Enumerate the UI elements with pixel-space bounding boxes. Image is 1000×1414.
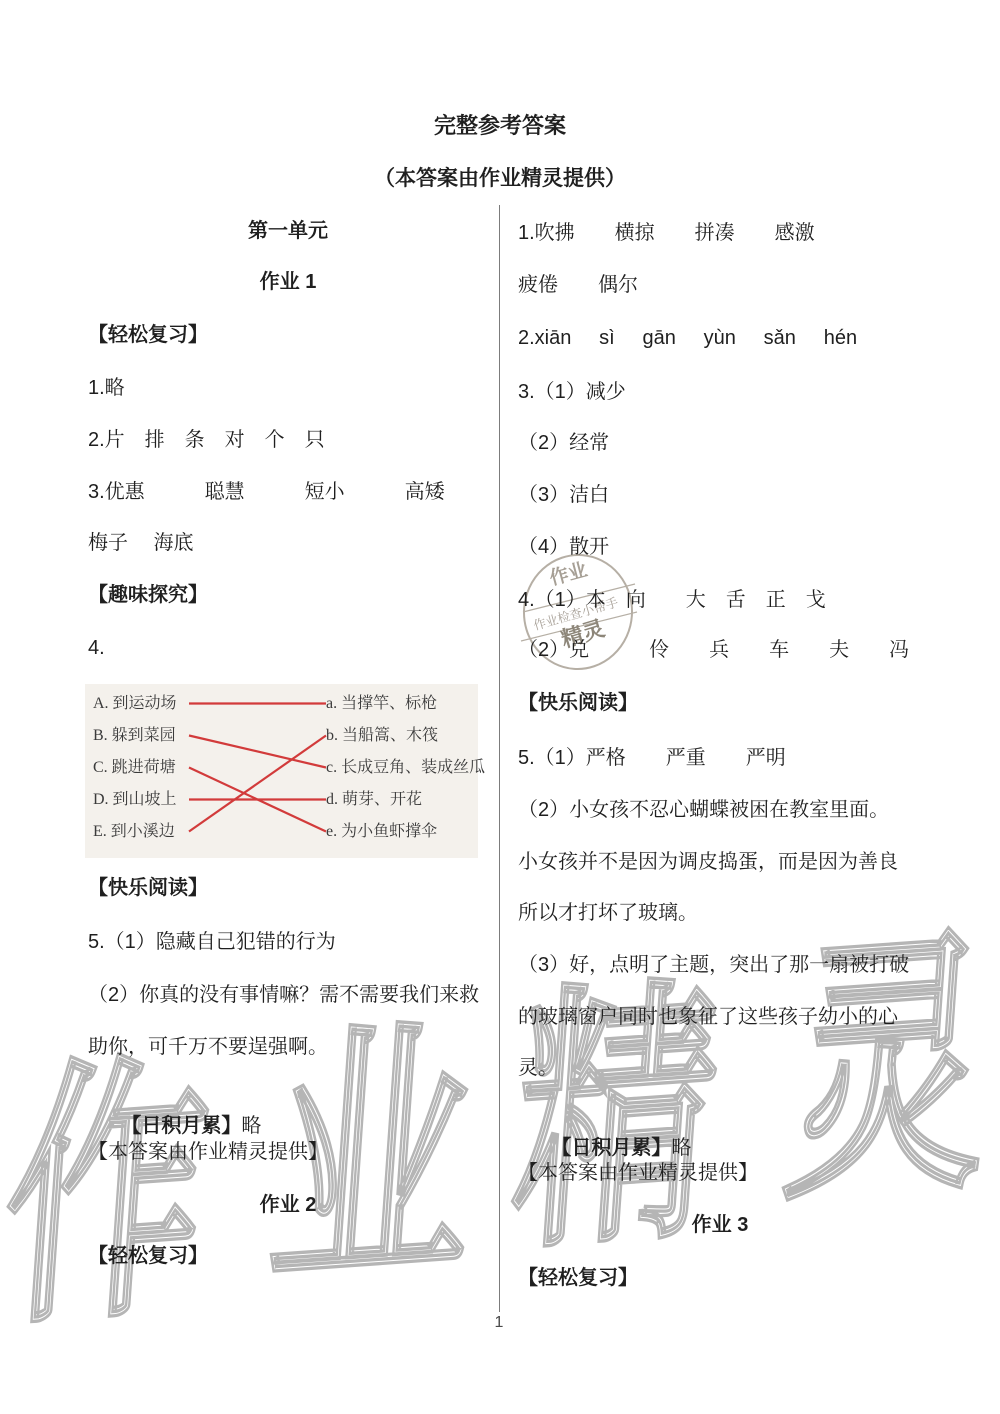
section-fun-explore: 【趣味探究】 [88, 582, 208, 608]
answer-line: 疲倦 偶尔 [518, 272, 638, 298]
accumulate-answer: 略 [241, 1115, 261, 1137]
section-easy-review: 【轻松复习】 [88, 322, 208, 348]
section-accumulate: 【日积月累】 [121, 1115, 241, 1137]
answer-key-page: 作 业 精 灵 作业 作业检查小帮手 精灵 完整参考答案 （本答案由作业精灵提供… [0, 0, 1000, 1414]
page-title: 完整参考答案 [0, 113, 1000, 139]
match-connector-lines [85, 684, 478, 858]
answer-line: （2）兑 伶 兵 车 夫 冯 [518, 637, 909, 663]
answer-line: （3）好，点明了主题，突出了那一扇被打破 [518, 952, 909, 978]
homework-1-title: 作业 1 [88, 269, 488, 295]
answer-line: 4.（1）本 向 大 舌 正 戈 [518, 587, 826, 613]
answer-line: 3.（1）减少 [518, 379, 626, 405]
accumulate-answer: 略 [671, 1137, 691, 1159]
answer-line: 助你，可千万不要逞强啊。 [88, 1034, 328, 1060]
answer-line: 5.（1）隐藏自己犯错的行为 [88, 929, 336, 955]
provider-note: 【本答案由作业精灵提供】 [518, 1160, 758, 1186]
column-divider [499, 205, 500, 1312]
section-accumulate: 【日积月累】 [551, 1137, 671, 1159]
answer-line: 1.吹拂 横掠 拼凑 感激 [518, 220, 815, 246]
section-easy-review: 【轻松复习】 [518, 1265, 638, 1291]
answer-line: 2.片 排 条 对 个 只 [88, 427, 325, 453]
answer-line: （4）散开 [518, 534, 609, 560]
match-line-E-b [189, 736, 326, 832]
section-happy-reading: 【快乐阅读】 [518, 690, 638, 716]
answer-line: 梅子 海底 [88, 530, 194, 556]
answer-line: （2）你真的没有事情嘛？需不需要我们来救 [88, 982, 479, 1008]
page-subtitle: （本答案由作业精灵提供） [0, 166, 1000, 192]
section-easy-review: 【轻松复习】 [88, 1243, 208, 1269]
homework-2-title: 作业 2 [88, 1192, 488, 1218]
answer-line: 的玻璃窗户同时也象征了这些孩子幼小的心 [518, 1004, 898, 1030]
provider-note: 【本答案由作业精灵提供】 [88, 1139, 328, 1165]
answer-line: （3）洁白 [518, 482, 609, 508]
matching-exercise-image: A. 到运动场 B. 躲到菜园 C. 跳进荷塘 D. 到山坡上 E. 到小溪边 … [85, 684, 478, 858]
answer-line: 1.略 [88, 375, 125, 401]
answer-line-pinyin: 2.xiān sì gān yùn sǎn hén [518, 325, 857, 351]
page-number: 1 [449, 1311, 549, 1335]
answer-line: 小女孩并不是因为调皮捣蛋，而是因为善良 [518, 849, 898, 875]
match-line-B-c [189, 736, 326, 768]
homework-3-title: 作业 3 [510, 1212, 930, 1238]
answer-line: （2）小女孩不忍心蝴蝶被困在教室里面。 [518, 797, 889, 823]
answer-line: 灵。 [518, 1055, 558, 1081]
answer-line: 5.（1）严格 严重 严明 [518, 745, 786, 771]
unit-title: 第一单元 [88, 218, 488, 244]
question-4-label: 4. [88, 635, 105, 661]
section-happy-reading: 【快乐阅读】 [88, 875, 208, 901]
answer-line: （2）经常 [518, 430, 609, 456]
answer-line: 3.优惠 聪慧 短小 高矮 [88, 479, 445, 505]
answer-line: 所以才打坏了玻璃。 [518, 900, 698, 926]
